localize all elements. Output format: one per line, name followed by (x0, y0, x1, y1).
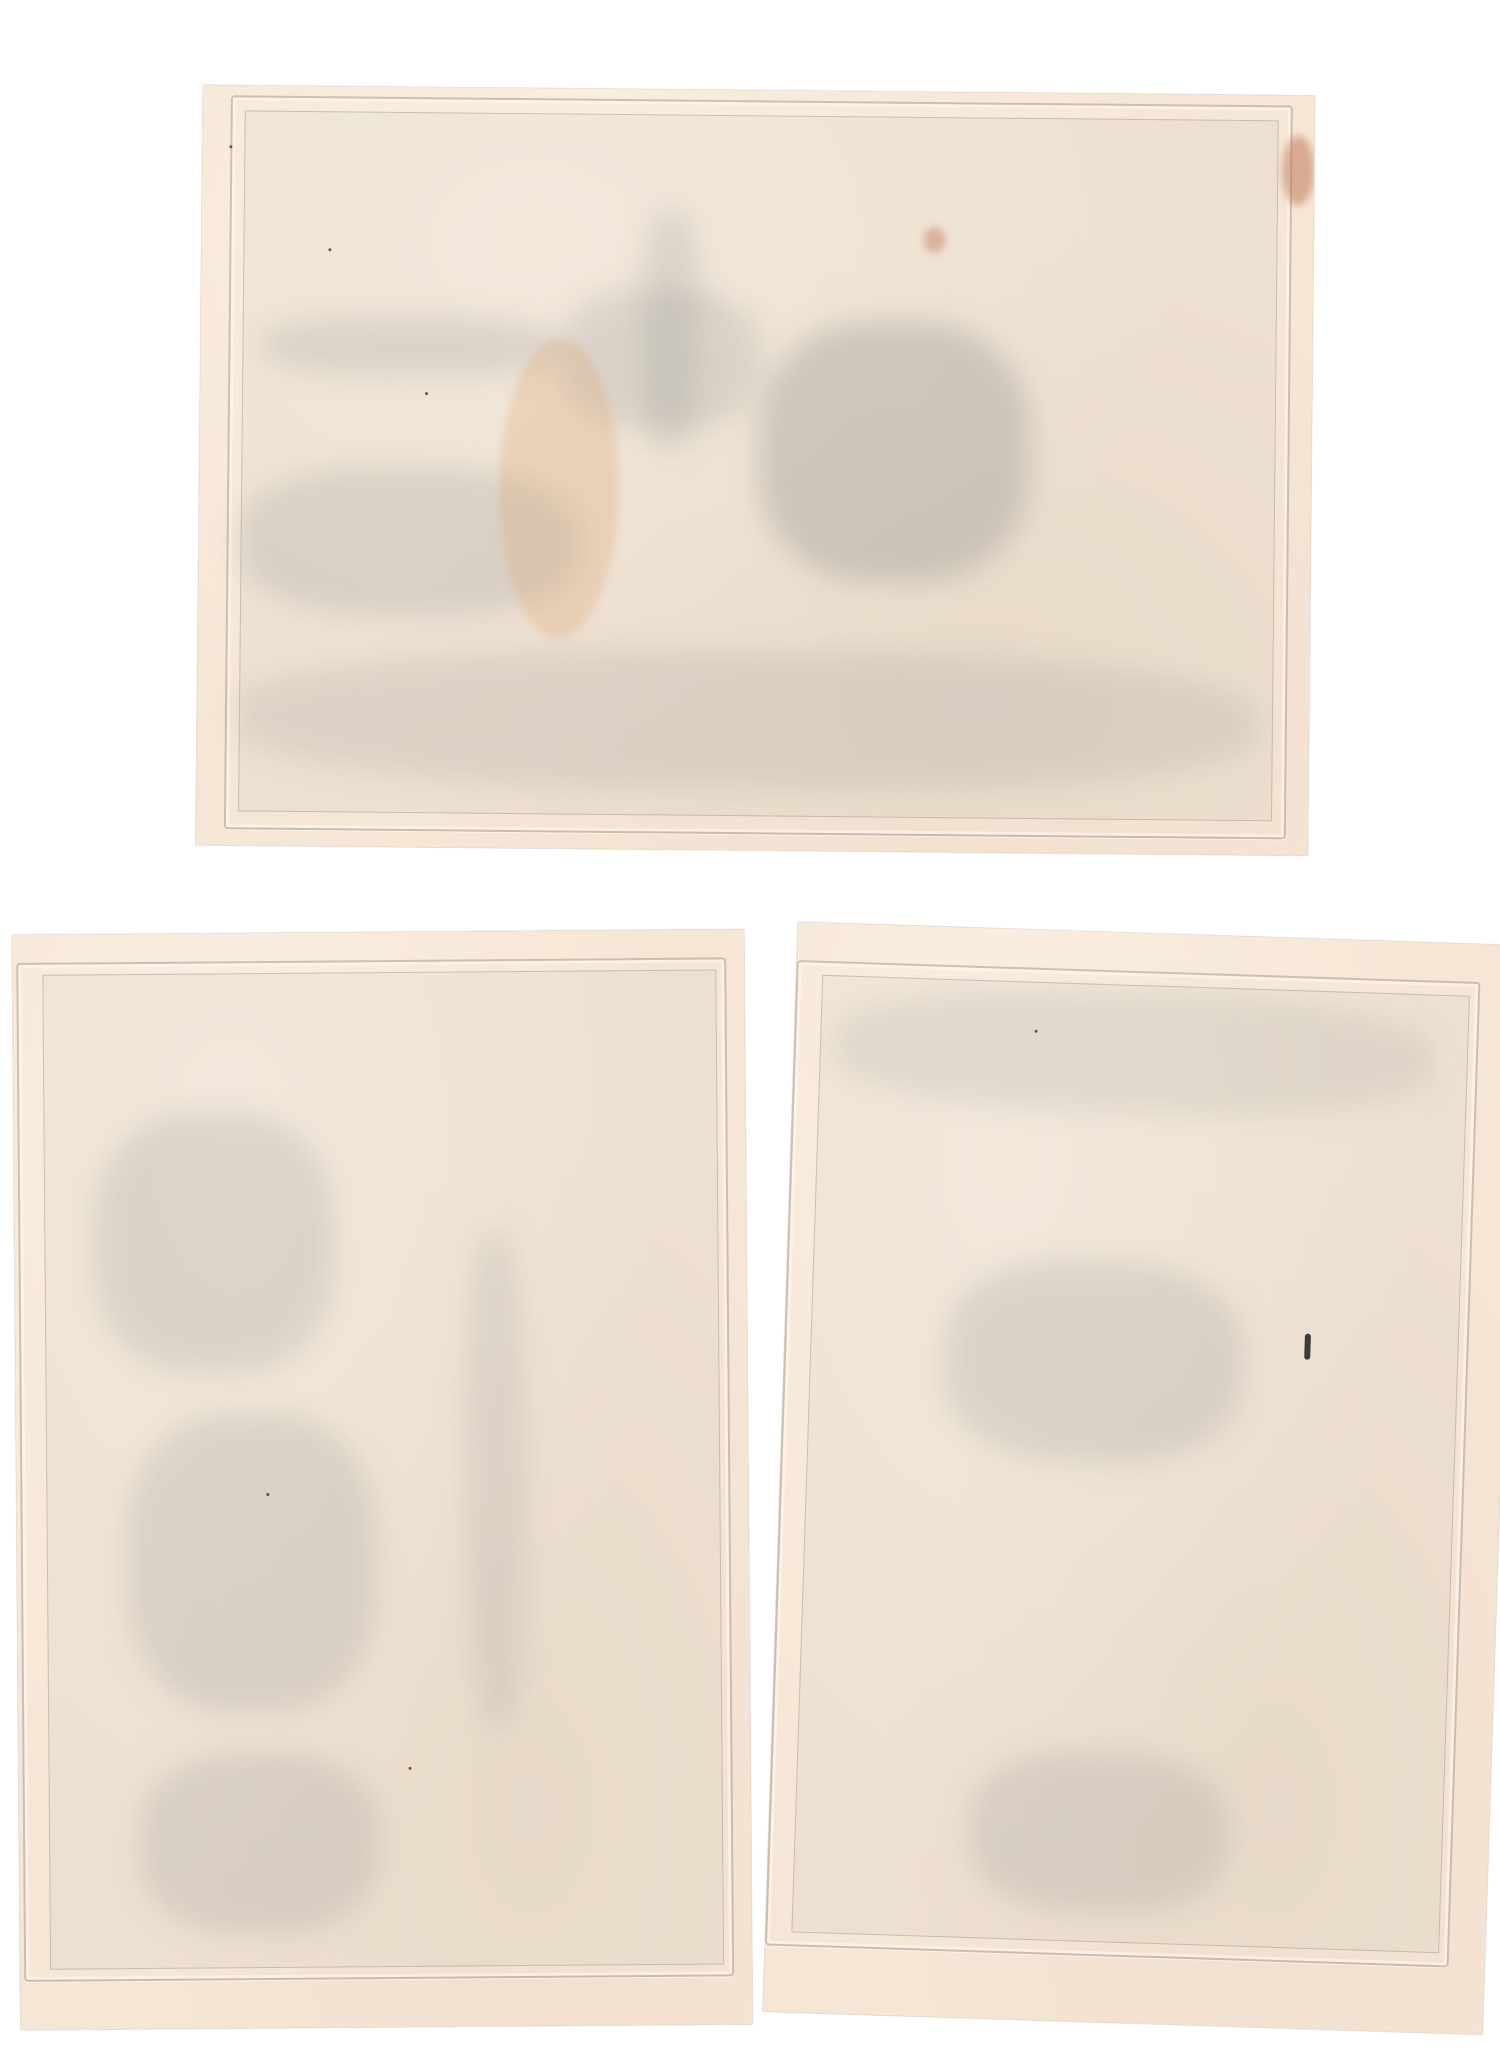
show-through-figure-middle (126, 1412, 378, 1714)
speck (1035, 1030, 1038, 1033)
show-through-figure-upper (93, 1112, 335, 1374)
show-through-lower-shape (966, 1748, 1231, 1916)
show-through-figure-lower (138, 1752, 379, 1934)
ink-mark (1304, 1334, 1311, 1360)
show-through-distant-land (260, 316, 561, 379)
speck (266, 1493, 269, 1496)
speck (229, 145, 232, 148)
show-through-foreground (236, 645, 1257, 795)
print-sheet-bottom-left (12, 929, 753, 2030)
print-sheet-bottom-right (763, 922, 1500, 2035)
speck (328, 248, 331, 251)
speck (425, 392, 428, 395)
show-through-column-right (464, 1231, 528, 1731)
speck (409, 1767, 412, 1770)
print-sheet-top (196, 85, 1315, 856)
foxing-stain-upper-right (1282, 135, 1315, 205)
show-through-middle-shape (941, 1257, 1247, 1467)
show-through-trees (758, 320, 1030, 583)
foxing-stain-right (923, 227, 945, 253)
